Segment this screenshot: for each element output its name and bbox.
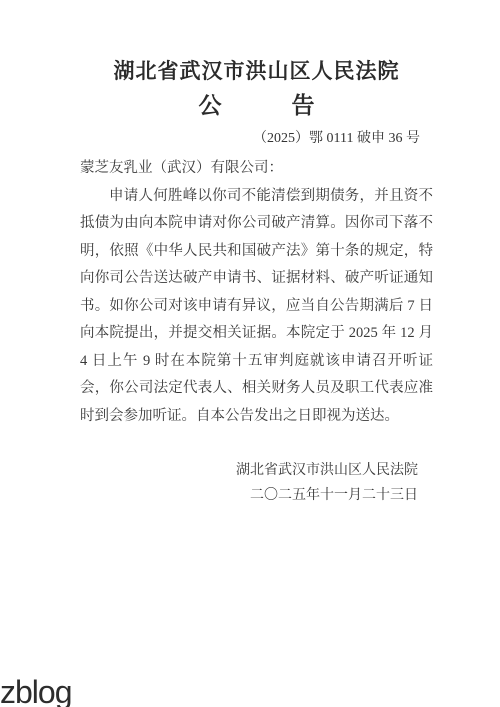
signature-block: 湖北省武汉市洪山区人民法院 二〇二五年十一月二十三日 bbox=[80, 458, 433, 508]
notice-body-block: 蒙芝友乳业（武汉）有限公司： 申请人何胜峰以你司不能清偿到期债务，并且资不抵债为… bbox=[80, 155, 433, 430]
court-name: 湖北省武汉市洪山区人民法院 bbox=[80, 57, 433, 85]
court-notice-document: 湖北省武汉市洪山区人民法院 公告 （2025）鄂 0111 破申 36 号 蒙芝… bbox=[0, 0, 500, 707]
case-number: （2025）鄂 0111 破申 36 号 bbox=[80, 130, 433, 148]
notice-title: 公告 bbox=[80, 93, 433, 119]
document-content: 湖北省武汉市洪山区人民法院 公告 （2025）鄂 0111 破申 36 号 蒙芝… bbox=[80, 57, 433, 508]
notice-title-text: 公告 bbox=[129, 93, 385, 119]
site-logo-zblog[interactable]: zblog bbox=[0, 672, 72, 707]
signature-date: 二〇二五年十一月二十三日 bbox=[80, 483, 418, 508]
signature-issuer: 湖北省武汉市洪山区人民法院 bbox=[80, 458, 418, 483]
addressee-line: 蒙芝友乳业（武汉）有限公司： bbox=[80, 155, 433, 183]
notice-body-paragraph: 申请人何胜峰以你司不能清偿到期债务，并且资不抵债为由向本院申请对你公司破产清算。… bbox=[80, 183, 433, 431]
